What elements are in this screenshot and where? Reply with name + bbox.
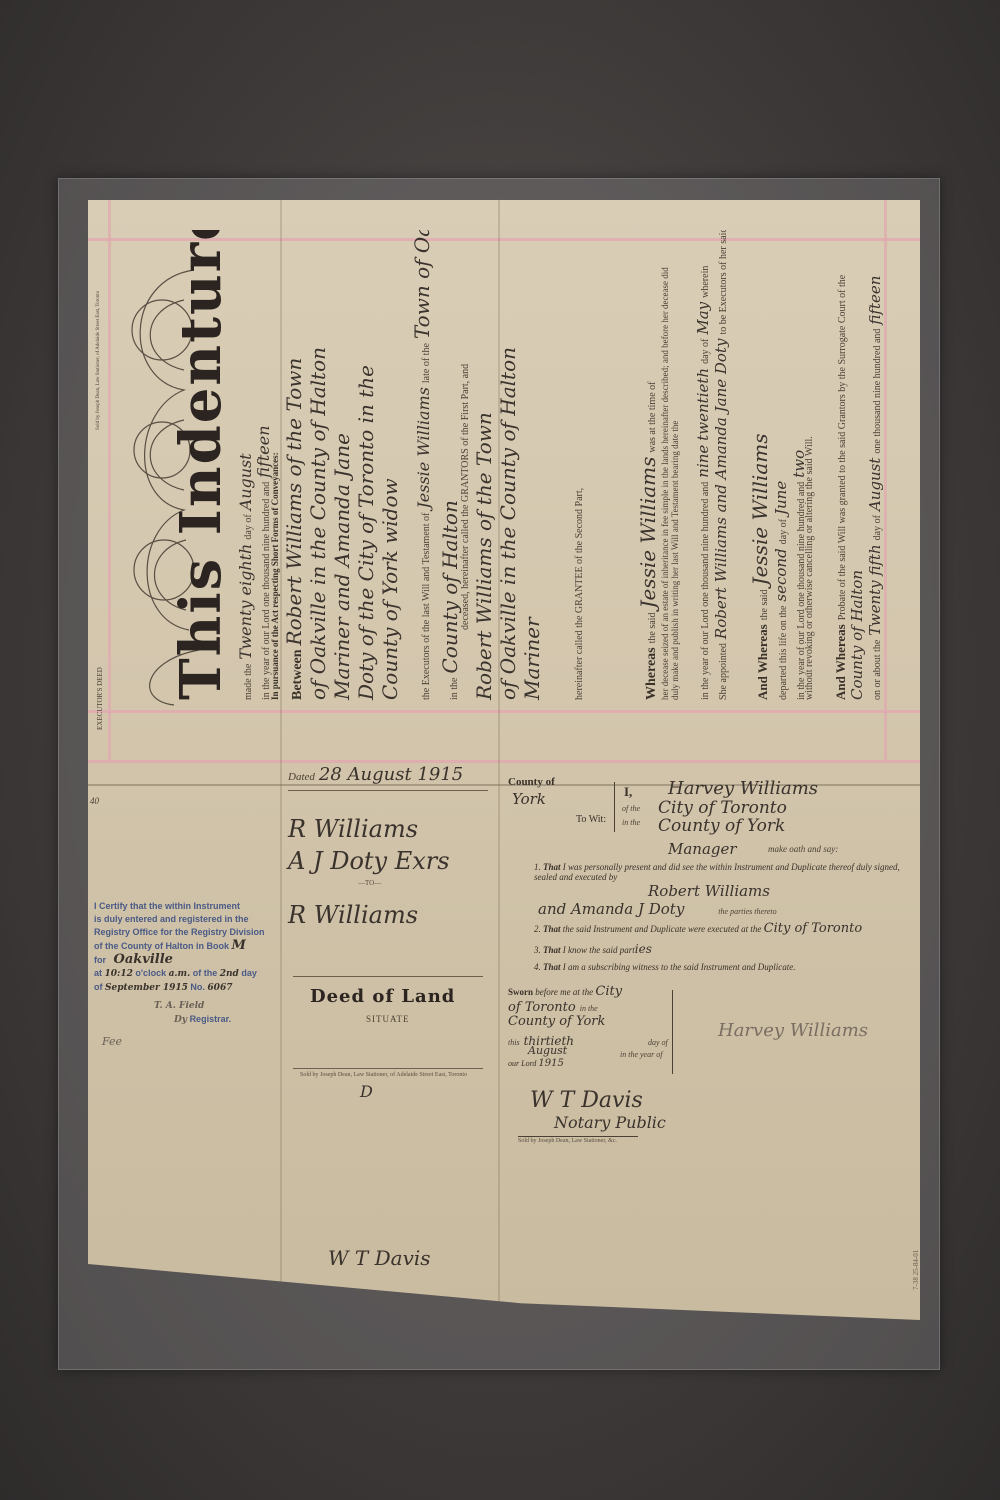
whereas-1: Whereas the said Jessie Williams was at … (636, 382, 660, 700)
party-3: R Williams (288, 901, 488, 929)
affidavit-footer: Sold by Joseph Dean, Law Stationer, &c. (518, 1136, 638, 1144)
jurat: Sworn before me at the City of Toronto i… (508, 984, 908, 1094)
made-line: made the Twenty eighth day of August (236, 453, 256, 700)
occupation-hw: Manager (668, 840, 737, 858)
whereas-1-appointed: She appointed Robert Williams and Amanda… (712, 230, 731, 700)
printer-credit: Sold by Joseph Dean, Law Stationer, of A… (96, 291, 101, 430)
party-1: R Williams (288, 815, 488, 843)
grantee-hw-line: of Oakville in the County of Halton (496, 347, 520, 700)
indenture-title: This Indenture (168, 230, 234, 700)
back-cover: Dated 28 August 1915 R Williams A J Doty… (288, 764, 488, 929)
registry-stamp: I Certify that the within Instrument is … (94, 900, 274, 1027)
whereas-3-court: County of Halton (848, 570, 867, 700)
pink-rule (88, 760, 920, 763)
between-hw-line: Mariner and Amanda Jane (330, 433, 354, 700)
between-hw-line: of Oakville in the County of Halton (306, 347, 330, 700)
whereas-1-body: her decease seized of an estate of inher… (660, 260, 680, 700)
between-hw-line: County of York widow (378, 478, 402, 700)
deed-document: EXECUTOR'S DEED Sold by Joseph Dean, Law… (88, 200, 920, 1320)
grantors-line: deceased, hereinafter called the GRANTOR… (460, 364, 471, 630)
dated-hw: 28 August 1915 (319, 764, 463, 785)
executors-line: the Executors of the last Will and Testa… (410, 230, 434, 700)
whereas-3-date: on or about the Twenty fifth day of Augu… (866, 276, 885, 700)
situate-label: SITUATE (366, 1014, 410, 1024)
grantee-hw-line: Robert Williams of the Town (472, 412, 496, 700)
deed-of-land-title: Deed of Land (310, 986, 455, 1007)
page-mark: 40 (90, 796, 99, 806)
between-block: Between Robert Williams of the Town (282, 358, 306, 700)
grantee-hw-line: Mariner (520, 617, 544, 700)
month-handwritten: August (236, 453, 255, 510)
indenture-section: EXECUTOR'S DEED Sold by Joseph Dean, Law… (88, 230, 920, 750)
item-4: 4. That I am a subscribing witness to th… (534, 962, 908, 972)
between-hw-line: Doty of the City of Toronto in the (354, 365, 378, 700)
deponent-signature: Harvey Williams (718, 1020, 868, 1041)
edge-mark: 7-38 25-84-01 (912, 1250, 920, 1290)
party-2: A J Doty Exrs (288, 847, 488, 875)
affidavit-of-execution: County of York To Wit: I, Harvey William… (508, 776, 908, 1144)
whereas-2-date: departed this life on the second day of … (772, 481, 791, 700)
bottom-signature: W T Davis (328, 1246, 431, 1270)
fee-note: Fee (102, 1035, 122, 1048)
day-handwritten: Twenty eighth (236, 544, 255, 660)
whereas-2-end: without revoking or otherwise cancelling… (804, 436, 815, 700)
county-line: in the County of Halton (438, 500, 462, 700)
deponent-name: Harvey Williams (668, 778, 818, 799)
item-1: 1. That I was personally present and did… (534, 862, 908, 882)
back-printer-credit: Sold by Joseph Dean, Law Stationer, of A… (300, 1072, 467, 1078)
to-label: —TO— (358, 879, 488, 887)
notary-title: Notary Public (554, 1113, 908, 1132)
item-2: 2. That the said Instrument and Duplicat… (534, 921, 908, 936)
act-line: In pursuance of the Act respecting Short… (270, 452, 280, 700)
item-3: 3. That I know the said parties (534, 942, 908, 956)
grantee-line: hereinafter called the GRANTEE of the Se… (574, 488, 585, 700)
d-mark: D (360, 1082, 373, 1101)
whereas-1-date: in the year of our Lord one thousand nin… (694, 266, 713, 700)
form-name: EXECUTOR'S DEED (96, 667, 104, 730)
whereas-2: And Whereas the said Jessie Williams (748, 434, 772, 700)
